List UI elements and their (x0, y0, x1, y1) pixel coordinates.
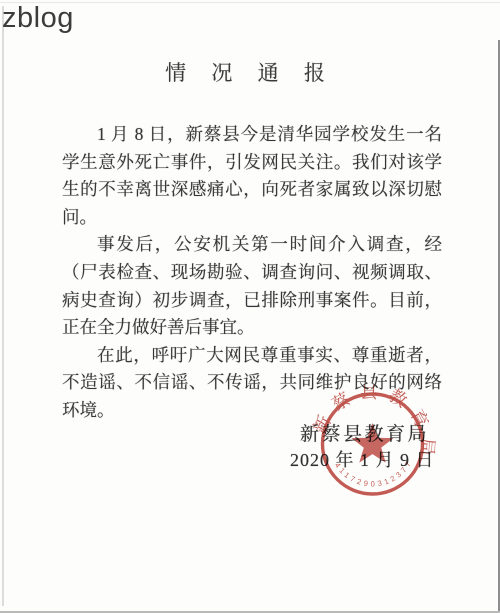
page-title: 情 况 通 报 (0, 57, 500, 87)
paragraph-incident: 1 月 8 日，新蔡县今是清华园学校发生一名学生意外死亡事件，引发网民关注。我们… (62, 121, 442, 231)
scanned-notice-page: zblog 情 况 通 报 1 月 8 日，新蔡县今是清华园学校发生一名学生意外… (0, 0, 500, 613)
page-edge-left (2, 6, 4, 606)
notice-body: 1 月 8 日，新蔡县今是清华园学校发生一名学生意外死亡事件，引发网民关注。我们… (62, 121, 442, 425)
zblog-watermark: zblog (2, 2, 74, 35)
official-seal-stamp: 新蔡县教育局 4117290312377 (305, 385, 440, 507)
paragraph-investigation: 事发后，公安机关第一时间介入调查，经（尸表检查、现场勘验、调查询问、视频调取、病… (62, 231, 442, 341)
star-icon (351, 423, 393, 463)
signature-block: 新蔡县教育局 2020 年 1 月 9 日 新蔡县教育局 41172903123… (280, 385, 480, 510)
page-edge-top (0, 2, 500, 3)
